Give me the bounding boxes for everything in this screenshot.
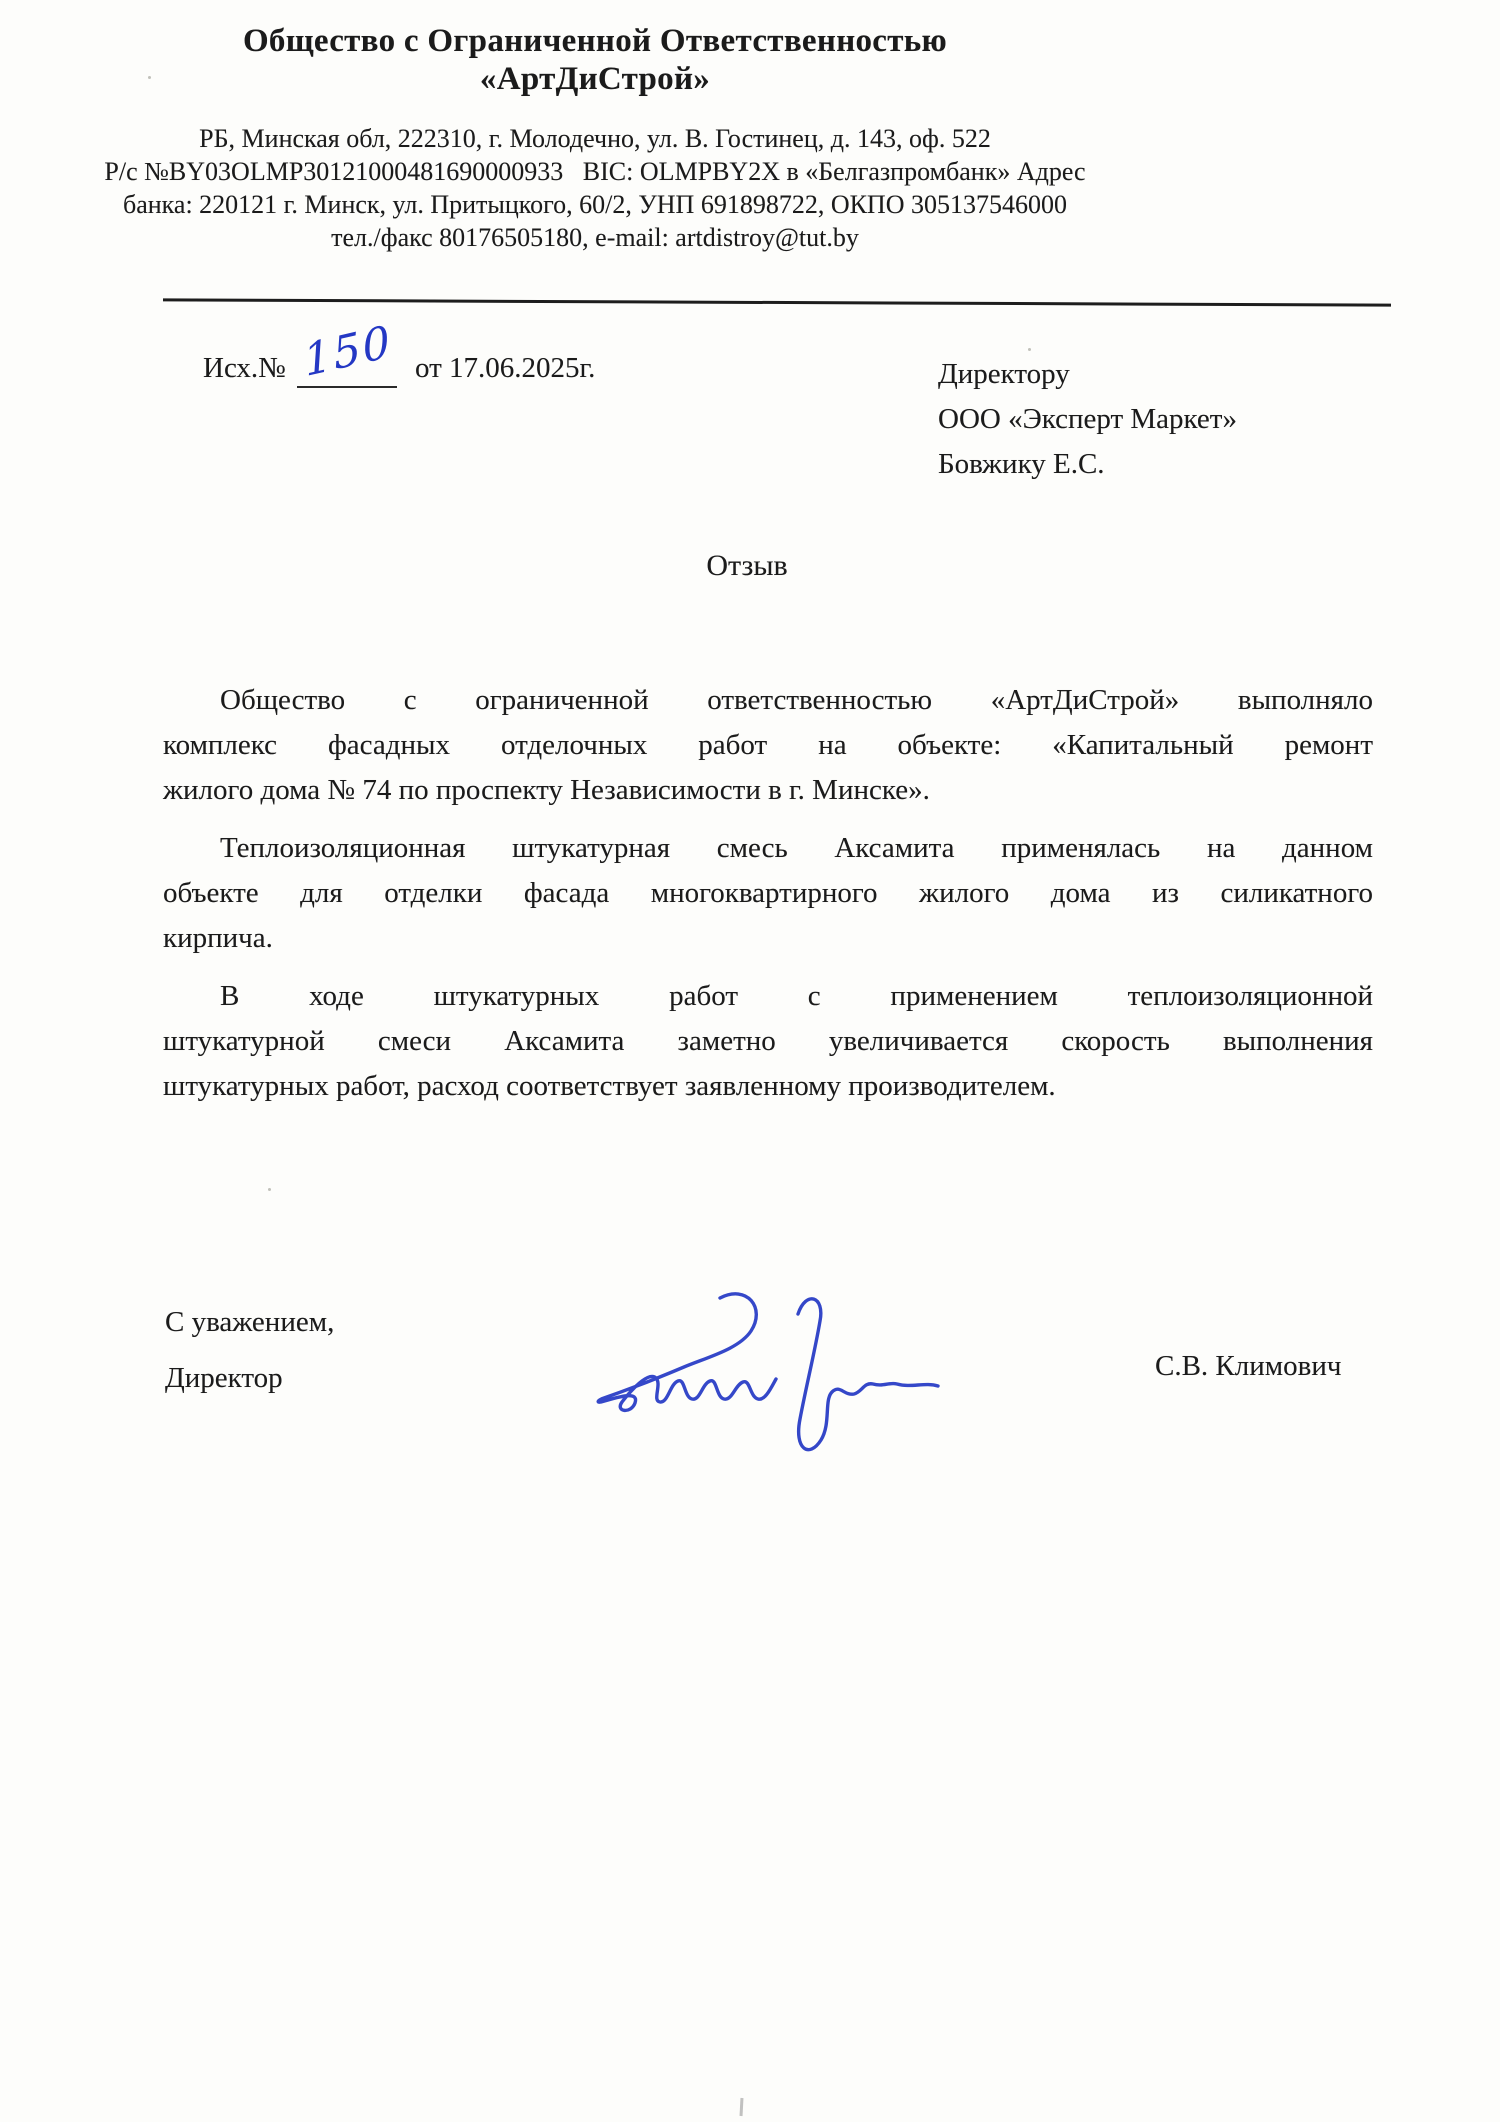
signoff-closing: С уважением, (165, 1294, 334, 1350)
paragraph-line: В ходе штукатурных работ с применением т… (163, 974, 1373, 1019)
paragraph-line: жилого дома № 74 по проспекту Независимо… (163, 768, 1373, 813)
recipient-position: Директору (938, 352, 1237, 397)
signer-position: Директор (165, 1350, 334, 1406)
company-address: РБ, Минская обл, 222310, г. Молодечно, у… (0, 122, 1190, 155)
outgoing-number-underline (297, 386, 397, 388)
letterhead-divider-line (163, 298, 1391, 306)
scanned-letter-page: Общество с Ограниченной Ответственностью… (0, 0, 1500, 2122)
letter-date: от 17.06.2025г. (415, 350, 595, 386)
outgoing-number-label: Исх.№ (203, 350, 286, 386)
paragraph-line: объекте для отделки фасада многоквартирн… (163, 871, 1373, 916)
paragraph-line: штукатурной смеси Аксамита заметно увели… (163, 1019, 1373, 1064)
scan-speck (148, 76, 151, 79)
paragraph-line: штукатурных работ, расход соответствует … (163, 1064, 1373, 1109)
company-name-line1: Общество с Ограниченной Ответственностью (0, 22, 1190, 60)
company-bank-account: Р/с №BY03OLMP30121000481690000933 BIC: O… (0, 155, 1190, 188)
paragraph-line: Общество с ограниченной ответственностью… (163, 678, 1373, 723)
company-details: РБ, Минская обл, 222310, г. Молодечно, у… (0, 122, 1190, 254)
signer-name: С.В. Климович (1155, 1350, 1341, 1383)
scan-artifact-mark (740, 2098, 744, 2116)
paragraph-line: Теплоизоляционная штукатурная смесь Акса… (163, 826, 1373, 871)
letter-body: Общество с ограниченной ответственностью… (163, 678, 1373, 1122)
recipient-company: ООО «Эксперт Маркет» (938, 397, 1237, 442)
handwritten-outgoing-number: 150 (302, 324, 394, 380)
company-name-line2: «АртДиСтрой» (0, 60, 1190, 98)
handwritten-signature-icon (592, 1288, 944, 1466)
recipient-name: Бовжику Е.С. (938, 442, 1237, 487)
company-bank-address: банка: 220121 г. Минск, ул. Притыцкого, … (0, 188, 1190, 221)
document-title: Отзыв (0, 549, 1494, 583)
recipient-block: Директору ООО «Эксперт Маркет» Бовжику Е… (938, 352, 1237, 487)
company-phone-email: тел./факс 80176505180, e-mail: artdistro… (0, 221, 1190, 254)
scan-speck (1028, 348, 1031, 351)
signoff-block: С уважением, Директор (165, 1294, 334, 1406)
paragraph-2: Теплоизоляционная штукатурная смесь Акса… (163, 826, 1373, 961)
letterhead: Общество с Ограниченной Ответственностью… (0, 22, 1190, 254)
paragraph-3: В ходе штукатурных работ с применением т… (163, 974, 1373, 1109)
paragraph-line: кирпича. (163, 916, 1373, 961)
paragraph-1: Общество с ограниченной ответственностью… (163, 678, 1373, 813)
reference-line: Исх.№ 150 от 17.06.2025г. (203, 350, 286, 386)
paragraph-line: комплекс фасадных отделочных работ на об… (163, 723, 1373, 768)
scan-speck (268, 1188, 271, 1191)
